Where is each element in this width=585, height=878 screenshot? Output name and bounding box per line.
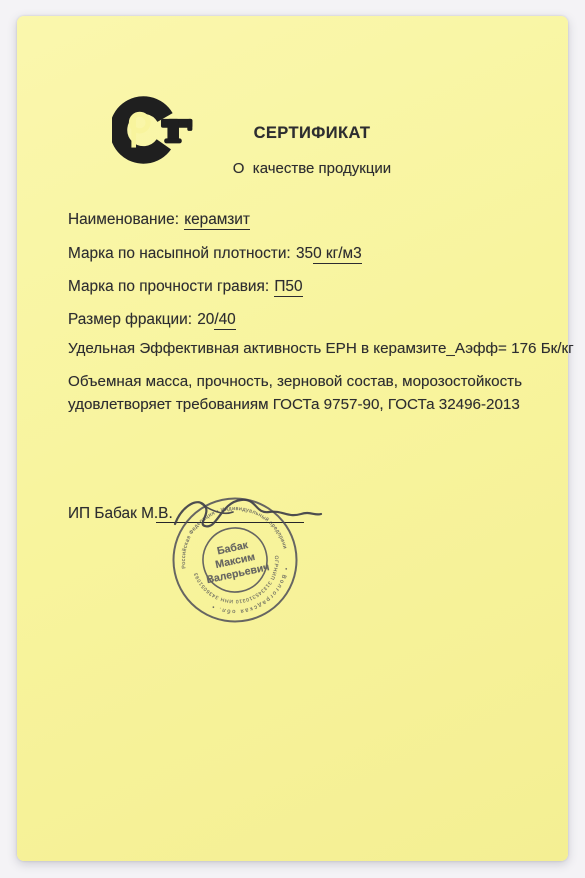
field-label: Наименование: <box>68 211 179 228</box>
field-row-gravel-strength: Марка по прочности гравия:П50 <box>68 278 303 296</box>
field-label: Марка по насыпной плотности: <box>68 245 291 262</box>
field-row-fraction-size: Размер фракции:20/40 <box>68 311 236 329</box>
field-value-plain: 20 <box>197 311 214 328</box>
compliance-paragraph: Объемная масса, прочность, зерновой сост… <box>68 371 568 416</box>
field-label: Марка по прочности гравия: <box>68 278 269 295</box>
field-row-name: Наименование:керамзит <box>68 211 250 229</box>
field-label: Размер фракции: <box>68 311 192 328</box>
field-value-underlined: /40 <box>214 311 235 330</box>
field-row-bulk-density: Марка по насыпной плотности:350 кг/м3 <box>68 245 362 263</box>
field-value-plain: 35 <box>296 245 313 262</box>
field-value-underlined: керамзит <box>184 211 250 230</box>
signer-name: ИП Бабак М.В. <box>68 505 173 523</box>
rst-logo-label: РСТ <box>17 16 18 17</box>
activity-line: Удельная Эффективная активность ЕРН в ке… <box>68 340 574 357</box>
certificate-title: СЕРТИФИКАТ <box>92 124 532 143</box>
certificate-header: СЕРТИФИКАТ О качестве продукции <box>92 124 532 177</box>
field-value-underlined: П50 <box>274 278 302 297</box>
certificate-paper: РСТ СЕРТИФИКАТ О качестве продукции Наим… <box>17 16 568 861</box>
field-value-underlined: 0 кг/м3 <box>313 245 362 264</box>
handwritten-signature-icon <box>169 488 329 540</box>
certificate-subtitle: О качестве продукции <box>92 160 532 177</box>
